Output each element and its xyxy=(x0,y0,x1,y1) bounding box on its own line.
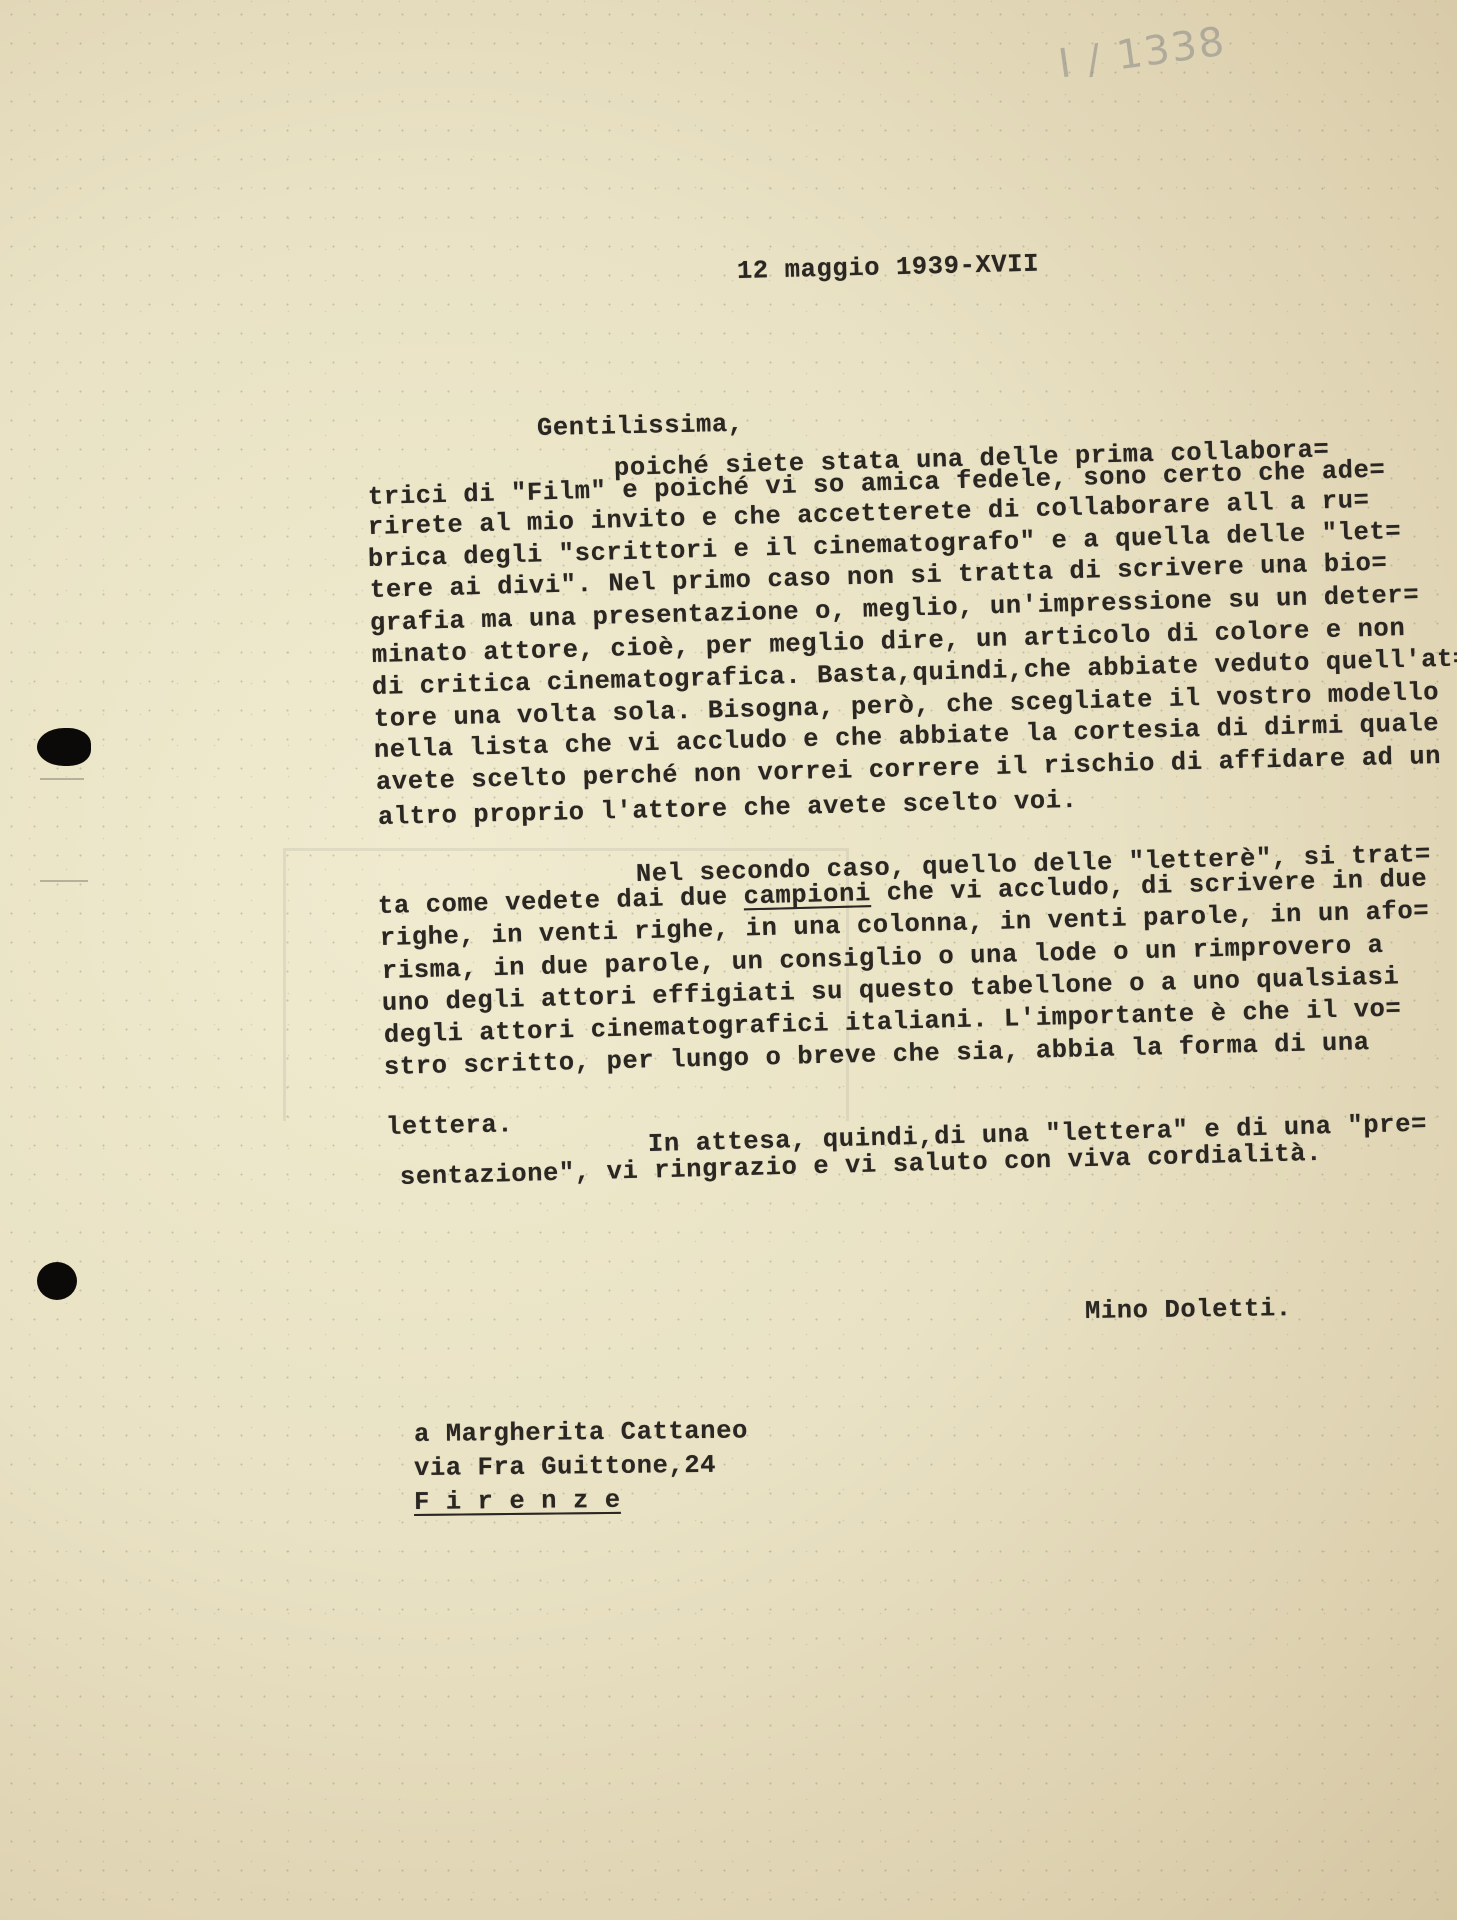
margin-tick xyxy=(40,778,84,780)
punch-hole-icon xyxy=(37,1262,77,1300)
margin-tick xyxy=(40,880,88,882)
letter-date: 12 maggio 1939-XVII xyxy=(737,250,1040,286)
salutation: Gentilissima, xyxy=(537,410,744,443)
archive-pencil-mark: I / 1338 xyxy=(1056,18,1229,87)
underlined-word: campioni xyxy=(743,879,871,911)
recipient-city: F i r e n z e xyxy=(414,1486,621,1517)
letter-page: I / 1338 12 maggio 1939-XVII Gentilissim… xyxy=(0,0,1457,1920)
body-line: lettera. xyxy=(386,1110,514,1142)
recipient-street: via Fra Guittone,24 xyxy=(414,1451,716,1483)
punch-hole-icon xyxy=(37,728,91,766)
signature: Mino Doletti. xyxy=(1085,1294,1292,1326)
recipient-name: a Margherita Cattaneo xyxy=(414,1417,748,1449)
